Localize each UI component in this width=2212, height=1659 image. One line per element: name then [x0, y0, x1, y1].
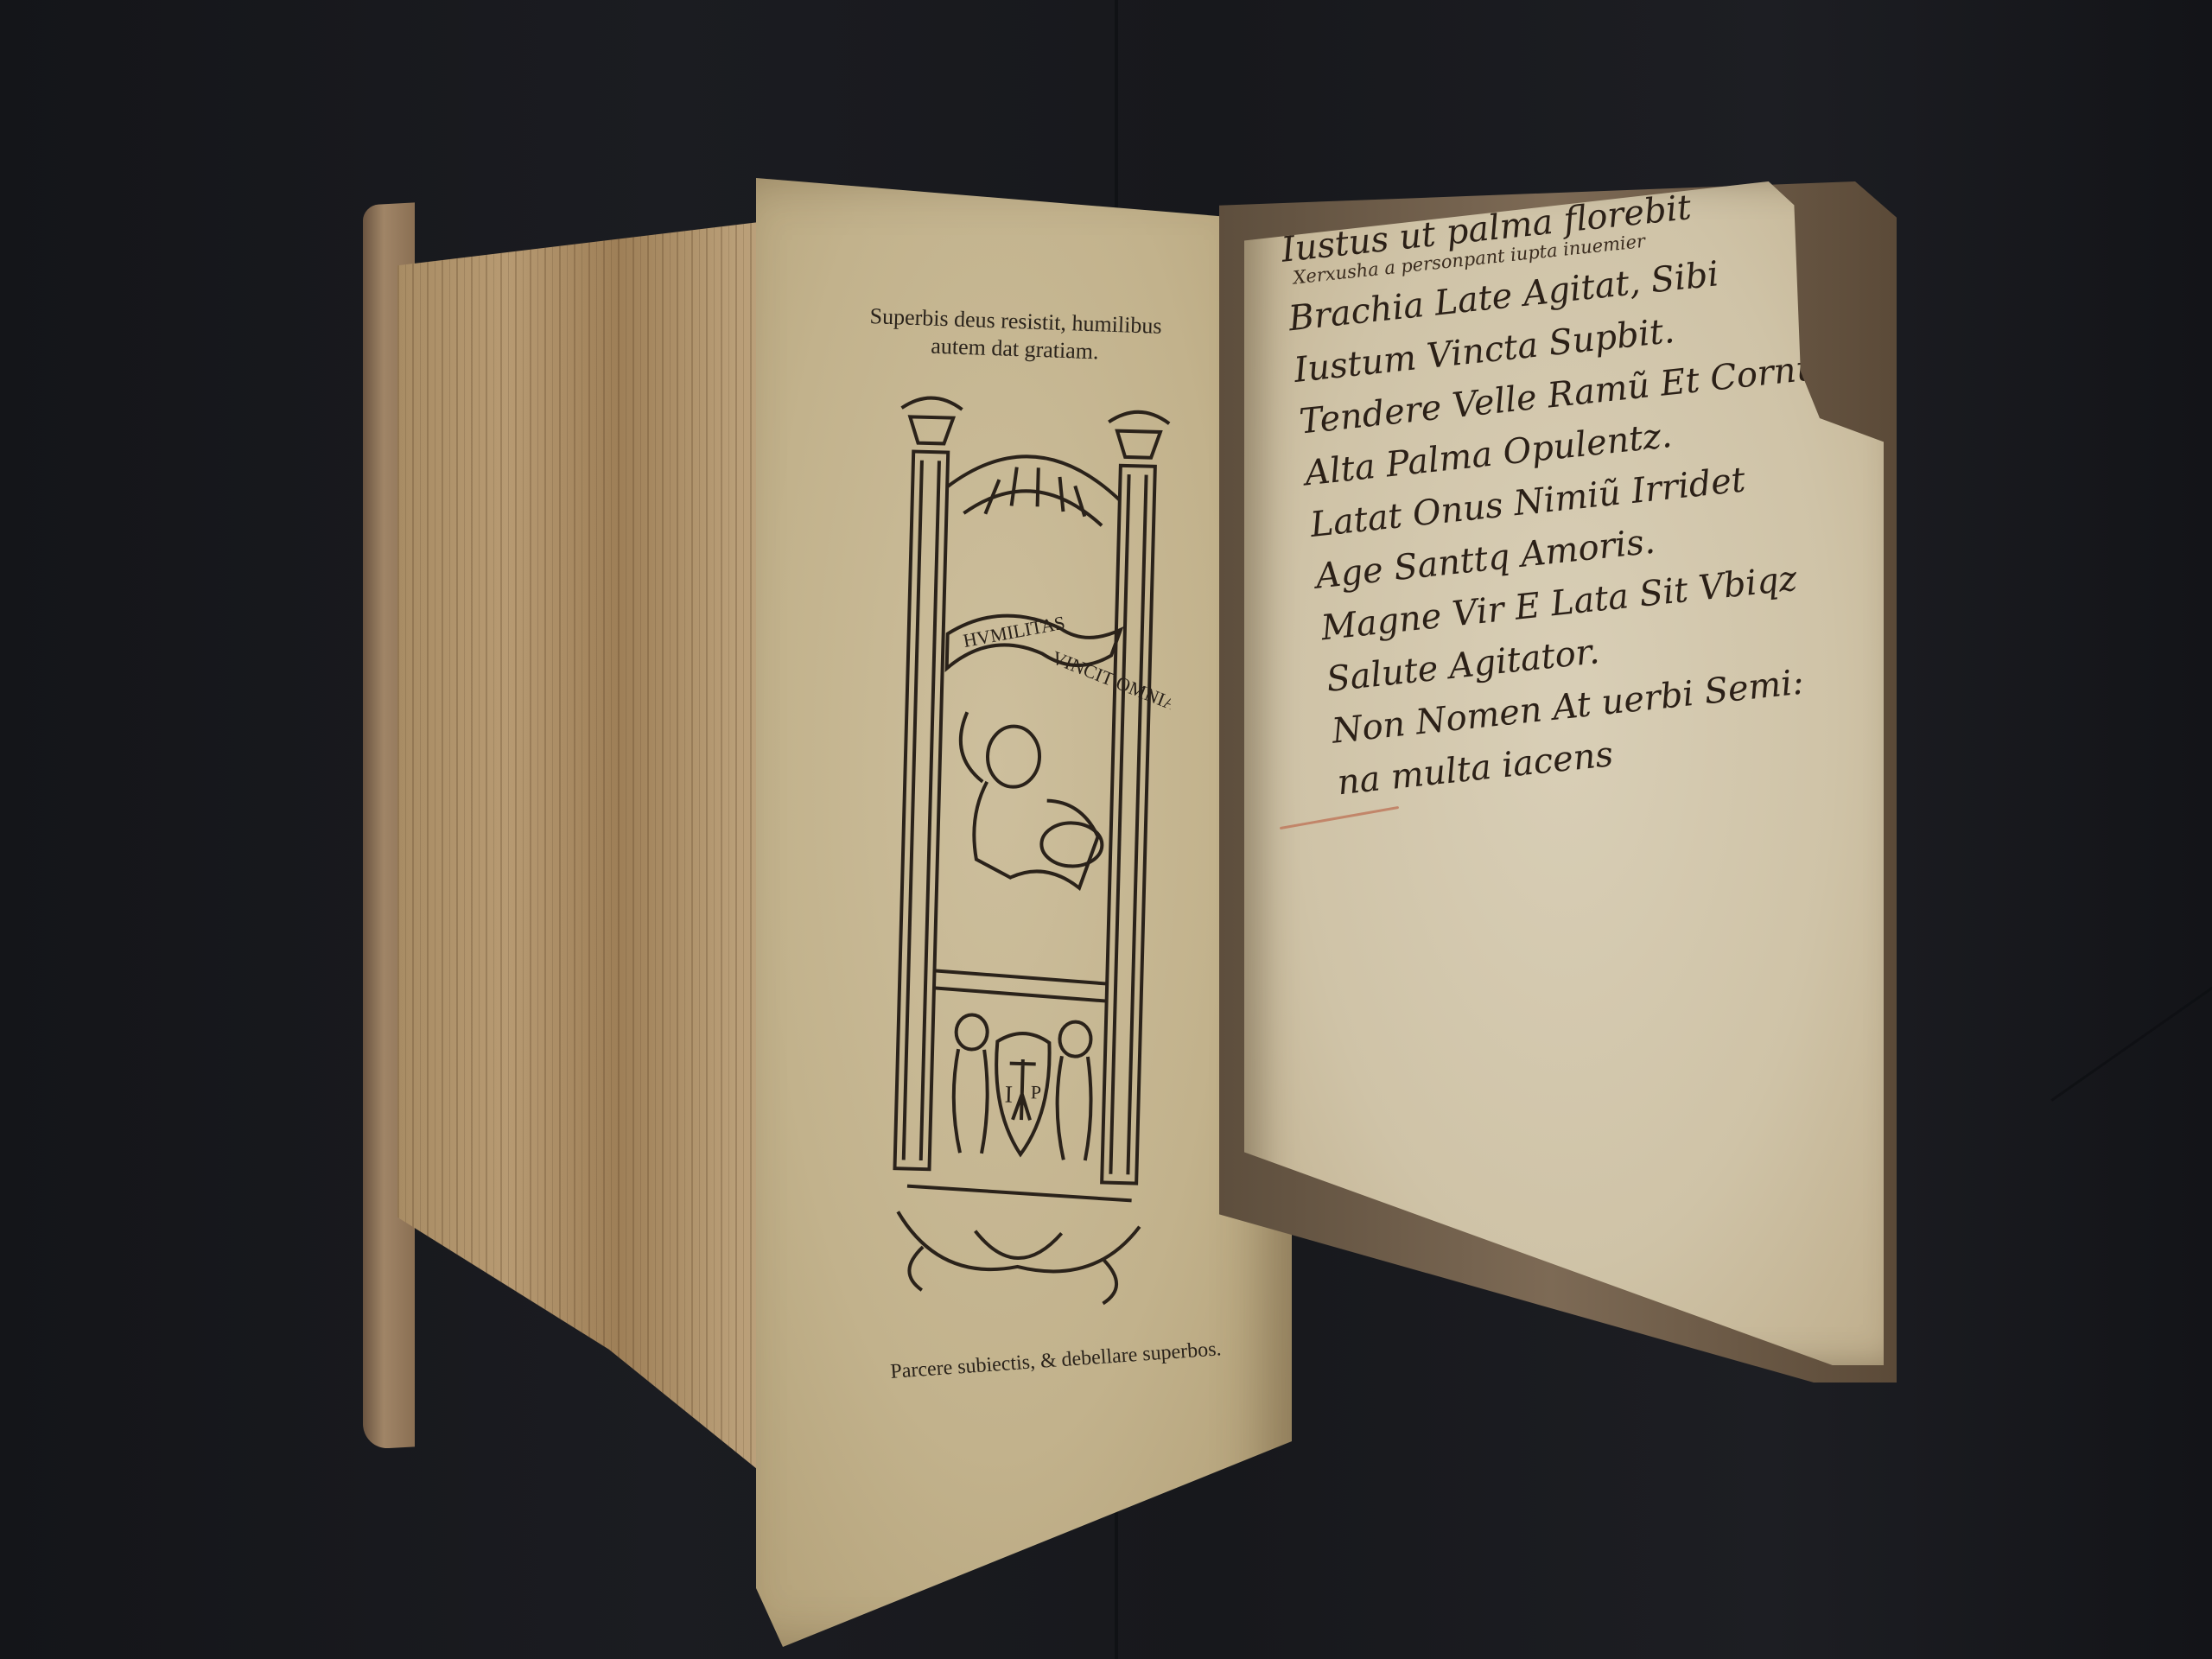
svg-text:I: I	[1004, 1082, 1013, 1109]
printed-page: Superbis deus resistit, humilibus autem …	[756, 178, 1292, 1647]
red-rule-stroke	[1280, 806, 1399, 829]
background-fold	[2050, 802, 2212, 1102]
pencil-shelf-mark: W	[1009, 1602, 1050, 1639]
woodcut-printers-device: HVMILITAS VINCIT OMNIA I P	[869, 382, 1179, 1331]
book-left-block: Superbis deus resistit, humilibus autem …	[363, 195, 1279, 1612]
page-footer-motto: Parcere subiectis, & debellare superbos.	[890, 1337, 1236, 1384]
page-motto: Superbis deus resistit, humilibus autem …	[859, 302, 1172, 369]
woodcut-illustration: HVMILITAS VINCIT OMNIA I P	[869, 382, 1179, 1331]
svg-text:P: P	[1031, 1081, 1042, 1103]
